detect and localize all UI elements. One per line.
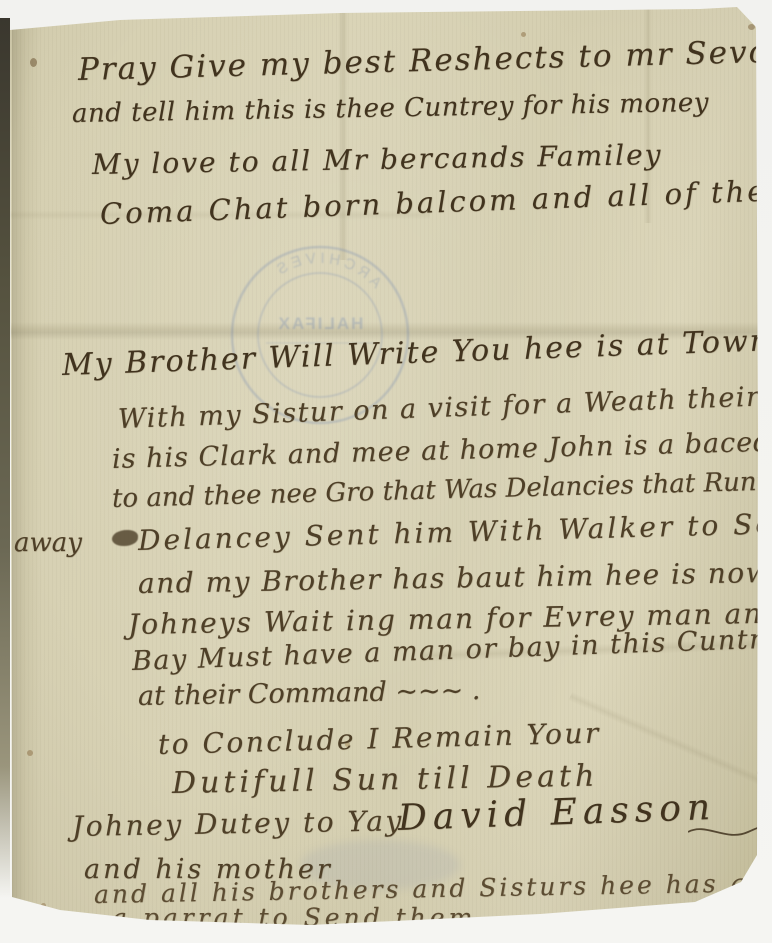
stamp-center-text: HALIFAX <box>277 314 364 333</box>
stamp-arc-text: ARCHIVES <box>271 250 385 292</box>
margin-note: away <box>14 528 82 558</box>
svg-text:ARCHIVES: ARCHIVES <box>271 250 385 292</box>
letter-page: ARCHIVES HALIFAX Pray Give my best Reshe… <box>0 0 772 943</box>
scan-backing-edge <box>0 18 10 898</box>
handwritten-line: a parrat to Send them <box>112 903 476 932</box>
handwritten-line: Johney Dutey to Yay <box>72 804 404 843</box>
handwritten-line: at their Command ~~~ . <box>138 675 481 712</box>
foxing-spot <box>757 770 763 776</box>
scan-background: ARCHIVES HALIFAX Pray Give my best Reshe… <box>0 0 772 943</box>
